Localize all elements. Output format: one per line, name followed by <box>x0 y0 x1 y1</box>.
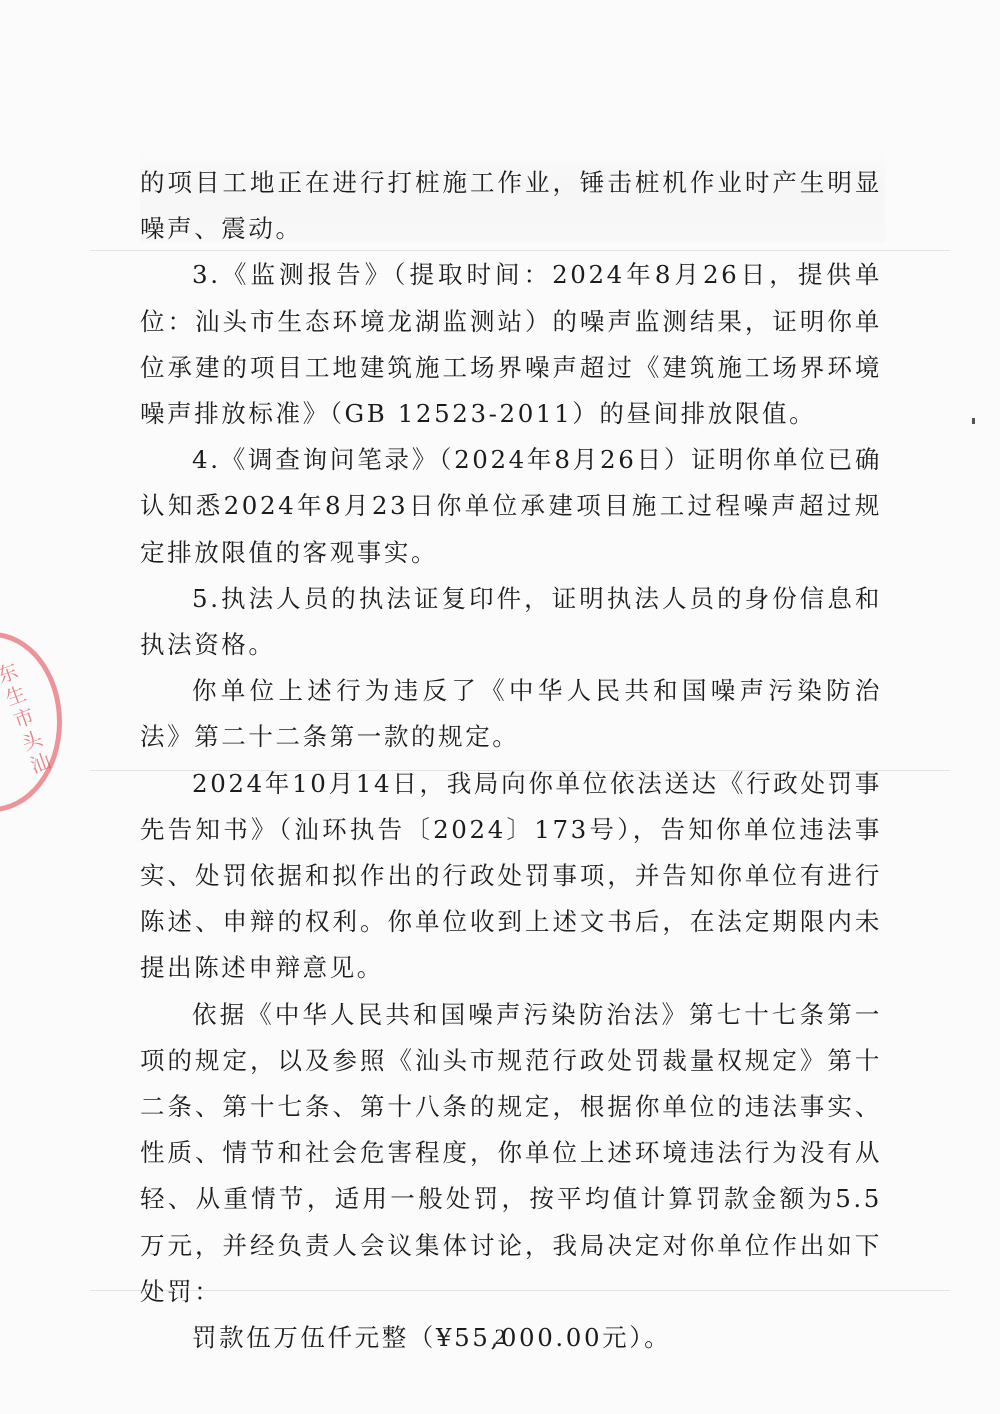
page-number: 2 <box>0 1324 1000 1350</box>
scan-mark <box>972 418 975 424</box>
paragraph-notice: 2024年10月14日，我局向你单位依法送达《行政处罚事先告知书》（汕环执告〔2… <box>140 761 882 992</box>
paragraph-evidence-4: 4.《调查询问笔录》（2024年8月26日）证明你单位已确认知悉2024年8月2… <box>140 437 882 576</box>
paragraph-violation: 你单位上述行为违反了《中华人民共和国噪声污染防治法》第二十二条第一款的规定。 <box>140 668 882 760</box>
document-body: 的项目工地正在进行打桩施工作业，锤击桩机作业时产生明显噪声、震动。 3.《监测报… <box>140 160 882 1361</box>
paragraph-evidence-5: 5.执法人员的执法证复印件，证明执法人员的身份信息和执法资格。 <box>140 576 882 668</box>
paragraph-continuation: 的项目工地正在进行打桩施工作业，锤击桩机作业时产生明显噪声、震动。 <box>140 160 882 252</box>
paragraph-evidence-3: 3.《监测报告》（提取时间：2024年8月26日，提供单位：汕头市生态环境龙湖监… <box>140 252 882 437</box>
paragraph-legal-basis: 依据《中华人民共和国噪声污染防治法》第七十七条第一项的规定，以及参照《汕头市规范… <box>140 992 882 1315</box>
